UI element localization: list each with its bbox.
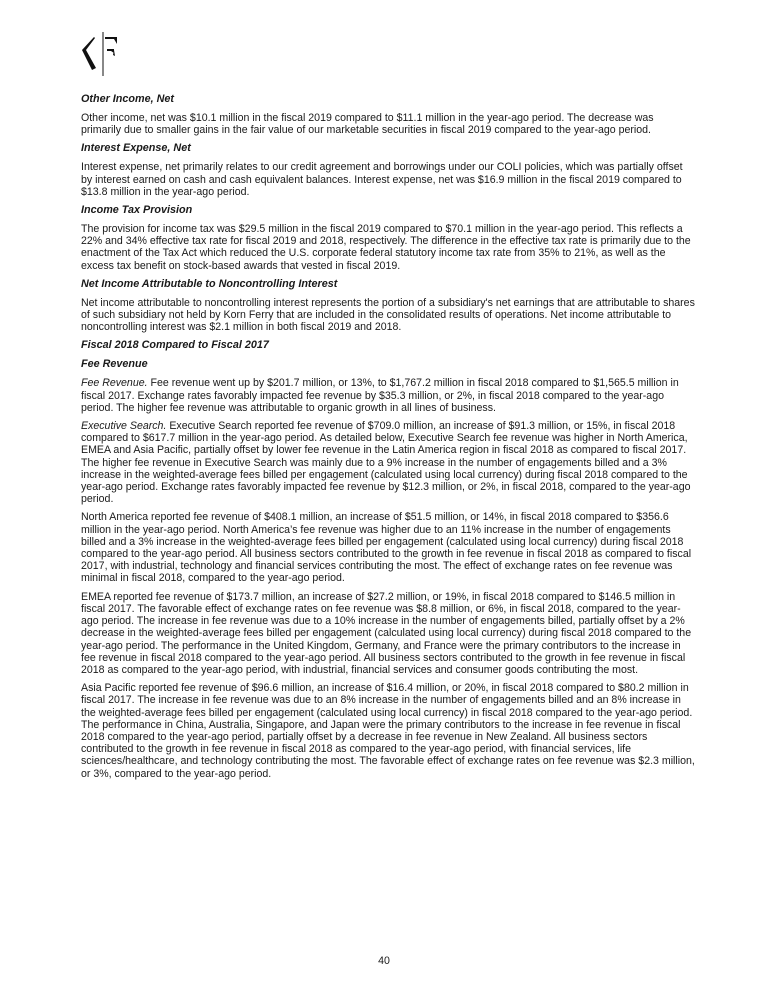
paragraph: Interest expense, net primarily relates … <box>81 161 696 198</box>
paragraph: Net income attributable to noncontrollin… <box>81 297 696 334</box>
section-heading: Fiscal 2018 Compared to Fiscal 2017 <box>81 339 696 352</box>
section-heading: Fee Revenue <box>81 358 696 371</box>
section-fee-revenue: Fee Revenue Fee Revenue. Fee revenue wen… <box>81 358 696 779</box>
section-heading: Interest Expense, Net <box>81 142 696 155</box>
section-noncontrolling-interest: Net Income Attributable to Noncontrollin… <box>81 278 696 334</box>
paragraph: EMEA reported fee revenue of $173.7 mill… <box>81 591 696 676</box>
paragraph: Other income, net was $10.1 million in t… <box>81 112 696 136</box>
page-number: 40 <box>0 955 768 967</box>
paragraph-lead: Executive Search. <box>81 420 166 432</box>
section-heading: Other Income, Net <box>81 93 696 106</box>
section-other-income: Other Income, Net Other income, net was … <box>81 93 696 136</box>
paragraph: The provision for income tax was $29.5 m… <box>81 223 696 272</box>
section-heading: Income Tax Provision <box>81 204 696 217</box>
section-income-tax: Income Tax Provision The provision for i… <box>81 204 696 272</box>
section-interest-expense: Interest Expense, Net Interest expense, … <box>81 142 696 198</box>
paragraph: North America reported fee revenue of $4… <box>81 511 696 584</box>
paragraph-lead: Fee Revenue. <box>81 377 148 389</box>
paragraph: Asia Pacific reported fee revenue of $96… <box>81 682 696 780</box>
section-heading: Net Income Attributable to Noncontrollin… <box>81 278 696 291</box>
kf-logo-icon <box>80 28 124 78</box>
paragraph: Executive Search. Executive Search repor… <box>81 420 696 505</box>
document-body: Other Income, Net Other income, net was … <box>81 93 696 786</box>
section-fiscal-2018-vs-2017: Fiscal 2018 Compared to Fiscal 2017 <box>81 339 696 352</box>
paragraph: Fee Revenue. Fee revenue went up by $201… <box>81 377 696 414</box>
